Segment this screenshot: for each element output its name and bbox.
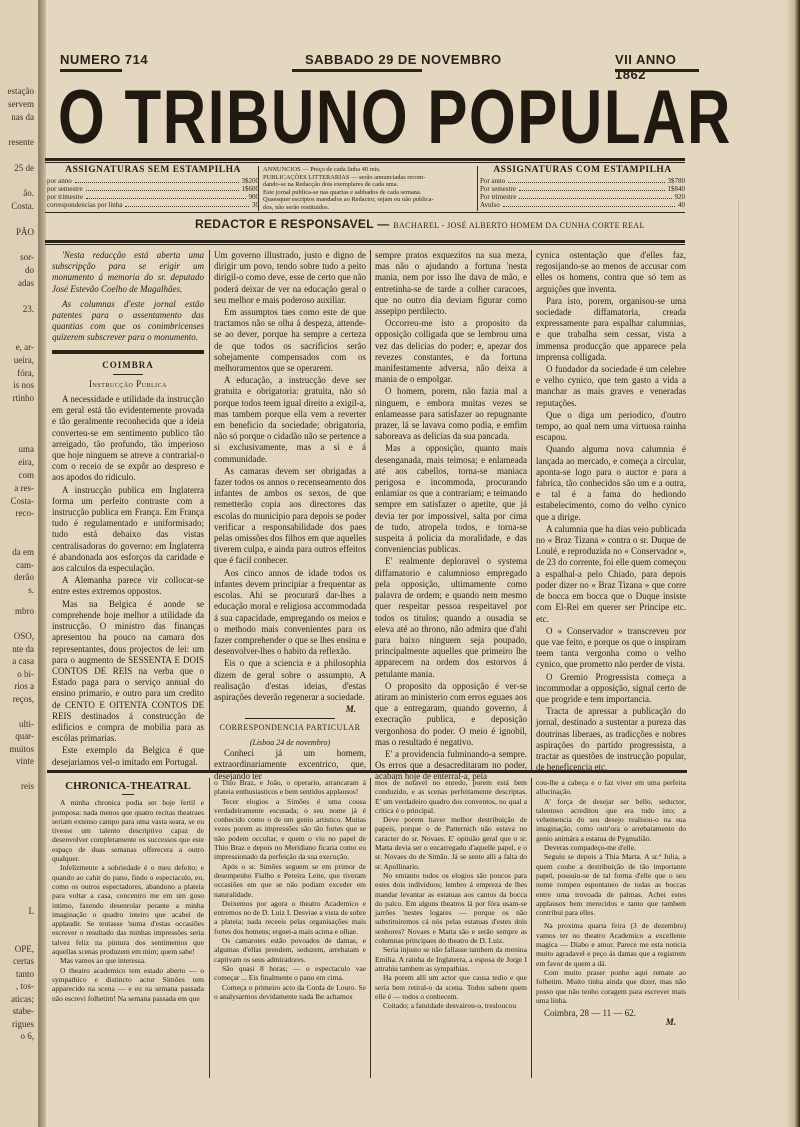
previous-page-text: com bbox=[19, 470, 35, 480]
previous-page-text: L bbox=[29, 906, 35, 916]
subscriptions-without-stamp: ASSIGNATURAS SEM ESTAMPILHA por anno3$20… bbox=[47, 166, 259, 209]
price-row: por semestre1$600 bbox=[47, 185, 259, 193]
monument-notice: 'Nesta redacção está aberta uma subscrip… bbox=[52, 250, 204, 295]
previous-page-text: reis bbox=[21, 781, 34, 791]
correspondence-heading: CORRESPONDENCIA PARTICULAR bbox=[214, 723, 366, 733]
previous-page-text: o bi- bbox=[17, 669, 34, 679]
binding-spine bbox=[38, 0, 46, 1127]
paper-fold bbox=[738, 200, 739, 1000]
previous-page-text: da em bbox=[12, 547, 34, 557]
previous-page-text: 25 de bbox=[14, 163, 34, 173]
previous-page-text: PÃO bbox=[16, 227, 34, 237]
column-rule bbox=[370, 250, 371, 770]
previous-page-text: nas da bbox=[11, 112, 34, 122]
previous-page-text: sor- bbox=[20, 252, 34, 262]
editor-line: REDACTOR E RESPONSAVEL — BACHAREL - JOSÉ… bbox=[195, 217, 795, 231]
previous-page-text: a casa bbox=[12, 656, 34, 666]
rule bbox=[45, 212, 685, 213]
feuilleton-column-2: o Thio Braz, e João, o operario, arranca… bbox=[214, 778, 366, 1001]
price-row: Por trimestre920 bbox=[480, 193, 685, 201]
previous-page-text: 23. bbox=[23, 304, 34, 314]
previous-page-text: Costa. bbox=[11, 201, 34, 211]
column-1: 'Nesta redacção está aberta uma subscrip… bbox=[52, 250, 204, 769]
previous-page-text: is nos bbox=[13, 380, 34, 390]
previous-page-text: uma bbox=[19, 444, 35, 454]
subscriptions-with-stamp: ASSIGNATURAS COM ESTAMPILHA Por anno3$78… bbox=[480, 166, 685, 209]
previous-page-text: fóra, bbox=[17, 368, 34, 378]
feuilleton-column-4: cou-lhe a cabeça e o faz viver em uma pe… bbox=[536, 778, 686, 1028]
rule bbox=[45, 244, 685, 245]
monument-notice: As columnas d'este jornal estão patentes… bbox=[52, 299, 204, 344]
previous-page-text: vinte bbox=[16, 756, 34, 766]
feuilleton-column-1: CHRONICA-THEATRAL A minha chronica podia… bbox=[52, 778, 204, 1003]
column-rule bbox=[531, 250, 532, 770]
previous-page-text: reco- bbox=[16, 508, 34, 518]
previous-page-text: o 6, bbox=[21, 1031, 35, 1041]
previous-page-text: rtinho bbox=[13, 393, 35, 403]
previous-page-text: derão bbox=[14, 572, 34, 582]
feuilleton-heading: CHRONICA-THEATRAL bbox=[52, 782, 204, 791]
announcements-box: ANNUNCIOS — Preço de cada linha 40 reis.… bbox=[258, 166, 478, 211]
previous-page-text: , tos- bbox=[16, 981, 34, 991]
rule bbox=[45, 240, 685, 243]
previous-page-text: do bbox=[25, 265, 34, 275]
column-3: sempre pratos exquezitos na sua meza, ma… bbox=[375, 250, 527, 784]
previous-page-text: aticas; bbox=[11, 994, 34, 1004]
previous-page-text: adas bbox=[18, 278, 34, 288]
previous-page-text: muitos bbox=[9, 744, 34, 754]
previous-page-text: rigues bbox=[12, 1019, 34, 1029]
previous-page-text: cam- bbox=[16, 560, 34, 570]
previous-page-text: OSO, bbox=[14, 631, 34, 641]
previous-page-text: ueira, bbox=[14, 355, 34, 365]
previous-page-text: certas bbox=[13, 956, 34, 966]
previous-page-text: tanto bbox=[16, 969, 34, 979]
editor-name: BACHAREL - JOSÉ ALBERTO HOMEM DA CUNHA C… bbox=[393, 221, 645, 230]
section-heading: COIMBRA bbox=[52, 360, 204, 371]
previous-page-text: stabe- bbox=[13, 1006, 35, 1016]
correspondence-dateline: (Lisboa 24 de novembro) bbox=[214, 737, 366, 748]
previous-page-text: estação bbox=[8, 86, 34, 96]
masthead-rule bbox=[45, 158, 685, 161]
column-4: cynica ostentação que d'elles faz, regos… bbox=[536, 250, 686, 774]
newspaper-page: estaçãoservemnas daresente25 deão.Costa.… bbox=[0, 0, 800, 1127]
signature: M. bbox=[536, 1018, 686, 1027]
issue-date: SABBADO 29 DE NOVEMBRO bbox=[305, 52, 502, 67]
previous-page-text: rios a bbox=[14, 681, 34, 691]
price-row: por trimestre900 bbox=[47, 193, 259, 201]
column-2: Um governo illustrado, justo e digno de … bbox=[214, 250, 366, 783]
column-rule bbox=[209, 778, 210, 1078]
price-row: Avulso40 bbox=[480, 201, 685, 209]
previous-page-text: a res- bbox=[14, 483, 34, 493]
column-rule bbox=[209, 250, 210, 770]
previous-page-text: e, ar- bbox=[16, 342, 34, 352]
issue-number: NUMERO 714 bbox=[60, 52, 148, 67]
feuilleton-column-3: mos de notavel no enredo, porem está bem… bbox=[375, 778, 527, 1010]
price-row: Por anno3$780 bbox=[480, 177, 685, 185]
page-edge bbox=[786, 0, 800, 1127]
feuilleton-rule bbox=[47, 770, 687, 773]
previous-page-text: servem bbox=[8, 99, 34, 109]
previous-page-text: ão. bbox=[23, 188, 34, 198]
previous-page-text: reços, bbox=[13, 694, 34, 704]
previous-page-text: eira, bbox=[18, 457, 34, 467]
price-row: correspondencias por linha30 bbox=[47, 201, 259, 209]
price-row: por anno3$200 bbox=[47, 177, 259, 185]
previous-page-text: Costa- bbox=[11, 496, 35, 506]
article-heading: Instrucção Publica bbox=[52, 379, 204, 390]
masthead-info: NUMERO 714 SABBADO 29 DE NOVEMBRO VII AN… bbox=[60, 52, 700, 72]
column-rule bbox=[370, 778, 371, 1078]
previous-page-text: s. bbox=[28, 585, 34, 595]
price-row: Por semestre1$840 bbox=[480, 185, 685, 193]
previous-page-text: mbro bbox=[15, 606, 34, 616]
previous-page-edge: estaçãoservemnas daresente25 deão.Costa.… bbox=[0, 0, 40, 1127]
previous-page-text: resente bbox=[9, 137, 34, 147]
previous-page-text: quar- bbox=[15, 731, 34, 741]
newspaper-title: O TRIBUNO POPULAR bbox=[58, 78, 690, 158]
column-rule bbox=[531, 778, 532, 1078]
previous-page-text: nte da bbox=[12, 644, 34, 654]
previous-page-text: OPE, bbox=[15, 944, 34, 954]
signature: M. bbox=[214, 704, 366, 715]
dateline: Coimbra, 28 — 11 — 62. bbox=[536, 1009, 686, 1018]
previous-page-text: ulti- bbox=[19, 719, 34, 729]
masthead-rule-thin bbox=[45, 162, 685, 163]
